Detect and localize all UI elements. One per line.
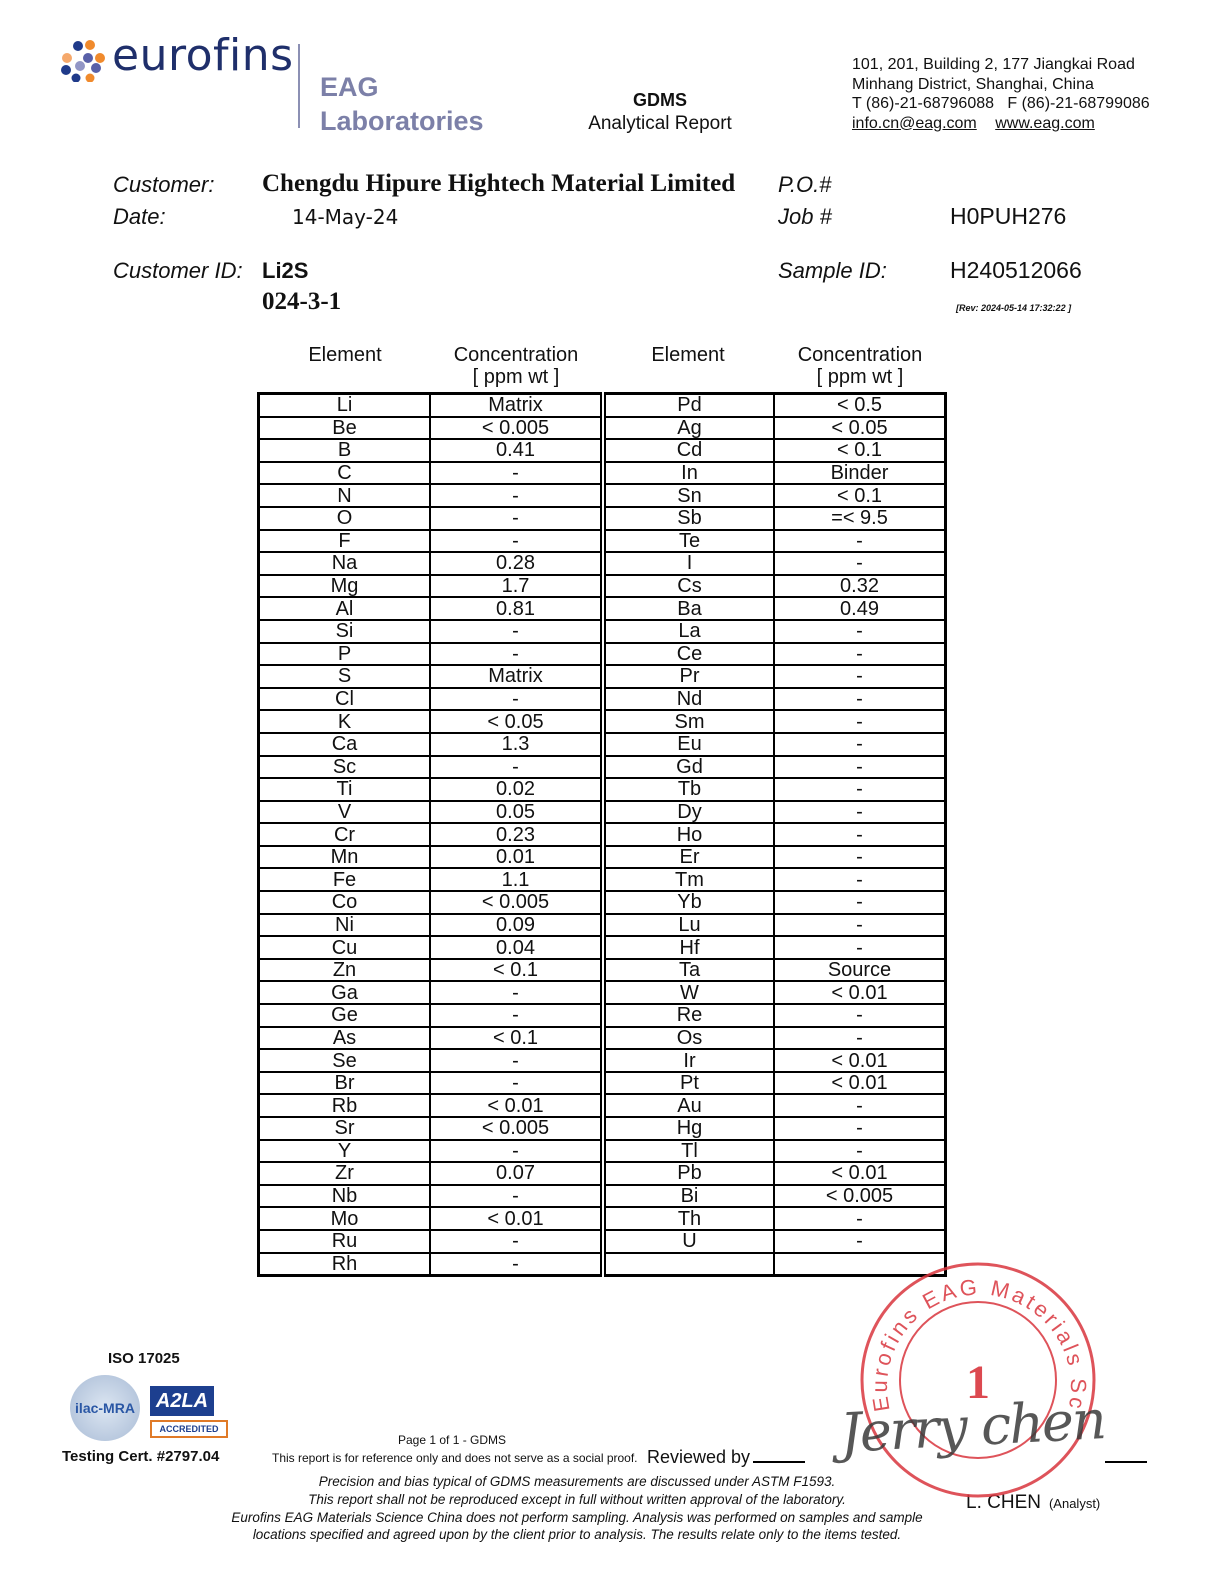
table-row: Nb-Bi< 0.005: [259, 1185, 946, 1208]
concentration-cell: < 0.05: [430, 710, 603, 733]
element-cell: U: [603, 1230, 774, 1253]
concentration-cell: -: [774, 710, 946, 733]
concentration-cell: -: [774, 620, 946, 643]
element-cell: Ru: [259, 1230, 431, 1253]
disclaimer-line-2: This report shall not be reproduced exce…: [212, 1491, 942, 1509]
concentration-cell: 1.3: [430, 733, 603, 756]
concentration-cell: -: [774, 823, 946, 846]
logo-divider: [298, 44, 300, 128]
header-element-1: Element: [275, 344, 415, 366]
table-row: K< 0.05Sm-: [259, 710, 946, 733]
concentration-cell: -: [430, 1230, 603, 1253]
element-cell: W: [603, 981, 774, 1004]
report-title: GDMS Analytical Report: [560, 90, 760, 135]
element-cell: B: [259, 439, 431, 462]
element-cell: N: [259, 484, 431, 507]
table-row: F-Te-: [259, 530, 946, 553]
concentration-cell: 0.28: [430, 552, 603, 575]
concentration-cell: < 0.1: [430, 1027, 603, 1050]
element-cell: Rh: [259, 1253, 431, 1276]
element-cell: C: [259, 462, 431, 485]
table-row: Rb< 0.01Au-: [259, 1094, 946, 1117]
concentration-cell: -: [774, 1230, 946, 1253]
eurofins-wordmark: eurofins: [112, 30, 294, 81]
element-cell: La: [603, 620, 774, 643]
concentration-cell: -: [774, 665, 946, 688]
element-cell: Tl: [603, 1140, 774, 1163]
element-cell: Re: [603, 1004, 774, 1027]
concentration-cell: 0.09: [430, 914, 603, 937]
table-row: Co< 0.005Yb-: [259, 891, 946, 914]
disclaimer-line-1: Precision and bias typical of GDMS measu…: [212, 1473, 942, 1491]
table-row: Fe1.1Tm-: [259, 868, 946, 891]
element-cell: Sm: [603, 710, 774, 733]
concentration-cell: -: [774, 1140, 946, 1163]
element-cell: Pd: [603, 394, 774, 417]
table-row: Zn< 0.1TaSource: [259, 959, 946, 982]
lab-address: 101, 201, Building 2, 177 Jiangkai Road …: [852, 55, 1150, 133]
concentration-cell: -: [774, 530, 946, 553]
table-row: Br-Pt< 0.01: [259, 1072, 946, 1095]
element-cell: Cs: [603, 575, 774, 598]
concentration-cell: 0.41: [430, 439, 603, 462]
concentration-cell: -: [430, 530, 603, 553]
element-cell: F: [259, 530, 431, 553]
element-cell: Sn: [603, 484, 774, 507]
concentration-cell: -: [774, 688, 946, 711]
date-value: 14-May-24: [292, 205, 398, 229]
concentration-cell: -: [430, 1140, 603, 1163]
element-cell: Hg: [603, 1117, 774, 1140]
concentration-cell: -: [774, 756, 946, 779]
concentration-cell: =< 9.5: [774, 507, 946, 530]
concentration-cell: -: [430, 620, 603, 643]
table-row: As< 0.1Os-: [259, 1027, 946, 1050]
sample-id-label: Sample ID:: [778, 258, 887, 284]
element-cell: Mn: [259, 846, 431, 869]
element-cell: Gd: [603, 756, 774, 779]
ilac-mra-logo-icon: ilac-MRA: [70, 1375, 140, 1441]
table-row: Sr< 0.005Hg-: [259, 1117, 946, 1140]
table-row: Ca1.3Eu-: [259, 733, 946, 756]
element-cell: Tb: [603, 778, 774, 801]
element-cell: Cl: [259, 688, 431, 711]
concentration-cell: -: [774, 643, 946, 666]
element-cell: Bi: [603, 1185, 774, 1208]
concentration-cell: -: [430, 462, 603, 485]
results-table: LiMatrixPd< 0.5Be< 0.005Ag< 0.05B0.41Cd<…: [257, 392, 947, 1277]
concentration-cell: Matrix: [430, 394, 603, 417]
table-row: Cu0.04Hf-: [259, 936, 946, 959]
concentration-cell: -: [774, 1004, 946, 1027]
element-cell: Nd: [603, 688, 774, 711]
concentration-cell: < 0.01: [774, 1072, 946, 1095]
element-cell: Er: [603, 846, 774, 869]
concentration-cell: -: [774, 868, 946, 891]
element-cell: Te: [603, 530, 774, 553]
concentration-cell: 1.7: [430, 575, 603, 598]
email-link[interactable]: info.cn@eag.com: [852, 115, 977, 132]
element-cell: [603, 1253, 774, 1276]
concentration-cell: -: [430, 484, 603, 507]
table-row: N-Sn< 0.1: [259, 484, 946, 507]
element-cell: Fe: [259, 868, 431, 891]
table-row: P-Ce-: [259, 643, 946, 666]
concentration-cell: 0.49: [774, 597, 946, 620]
job-value: H0PUH276: [950, 203, 1066, 230]
concentration-cell: -: [430, 1072, 603, 1095]
concentration-cell: Matrix: [430, 665, 603, 688]
table-row: Rh-: [259, 1253, 946, 1276]
element-cell: O: [259, 507, 431, 530]
table-row: Sc-Gd-: [259, 756, 946, 779]
table-row: Cl-Nd-: [259, 688, 946, 711]
table-row: Se-Ir< 0.01: [259, 1049, 946, 1072]
element-cell: Pt: [603, 1072, 774, 1095]
concentration-cell: -: [430, 507, 603, 530]
element-cell: Ti: [259, 778, 431, 801]
concentration-cell: -: [430, 1253, 603, 1276]
element-cell: Pr: [603, 665, 774, 688]
table-row: SMatrixPr-: [259, 665, 946, 688]
sample-id-value: H240512066: [950, 257, 1082, 284]
phone-fax: T (86)-21-68796088 F (86)-21-68799086: [852, 94, 1150, 114]
concentration-cell: < 0.01: [430, 1207, 603, 1230]
element-cell: Ga: [259, 981, 431, 1004]
table-row: O-Sb=< 9.5: [259, 507, 946, 530]
concentration-cell: -: [774, 552, 946, 575]
element-cell: Co: [259, 891, 431, 914]
customer-name: Chengdu Hipure Hightech Material Limited: [262, 170, 735, 198]
table-row: Na0.28I-: [259, 552, 946, 575]
concentration-cell: -: [430, 643, 603, 666]
concentration-cell: -: [774, 1207, 946, 1230]
concentration-cell: -: [430, 981, 603, 1004]
reviewed-by-line: [753, 1461, 805, 1463]
element-cell: Zr: [259, 1162, 431, 1185]
element-cell: Si: [259, 620, 431, 643]
eag-text: EAG: [320, 70, 484, 104]
element-cell: Pb: [603, 1162, 774, 1185]
header-concentration-1: Concentration[ ppm wt ]: [430, 344, 602, 388]
address-line-1: 101, 201, Building 2, 177 Jiangkai Road: [852, 55, 1150, 75]
concentration-cell: -: [430, 756, 603, 779]
customer-id-value: Li2S: [262, 258, 308, 284]
table-row: Ni0.09Lu-: [259, 914, 946, 937]
table-row: LiMatrixPd< 0.5: [259, 394, 946, 417]
concentration-cell: 0.01: [430, 846, 603, 869]
element-cell: Cr: [259, 823, 431, 846]
element-cell: Sr: [259, 1117, 431, 1140]
element-cell: Ge: [259, 1004, 431, 1027]
table-row: C-InBinder: [259, 462, 946, 485]
element-cell: Ir: [603, 1049, 774, 1072]
element-cell: Nb: [259, 1185, 431, 1208]
element-cell: Ce: [603, 643, 774, 666]
element-cell: Dy: [603, 801, 774, 824]
element-cell: Sb: [603, 507, 774, 530]
a2la-accredited-logo-icon: A2LA ACCREDITED: [150, 1380, 226, 1438]
concentration-cell: -: [774, 846, 946, 869]
table-row: Mn0.01Er-: [259, 846, 946, 869]
address-line-2: Minhang District, Shanghai, China: [852, 75, 1150, 95]
element-cell: Na: [259, 552, 431, 575]
element-cell: As: [259, 1027, 431, 1050]
table-row: B0.41Cd< 0.1: [259, 439, 946, 462]
concentration-cell: 0.04: [430, 936, 603, 959]
po-label: P.O.#: [778, 172, 831, 198]
table-row: Ge-Re-: [259, 1004, 946, 1027]
element-cell: Yb: [603, 891, 774, 914]
concentration-cell: 0.23: [430, 823, 603, 846]
element-cell: Au: [603, 1094, 774, 1117]
eurofins-logo-icon: [58, 38, 106, 82]
a2la-mark: A2LA: [150, 1386, 214, 1416]
concentration-cell: -: [430, 1185, 603, 1208]
element-cell: Ni: [259, 914, 431, 937]
concentration-cell: -: [430, 1049, 603, 1072]
element-cell: Br: [259, 1072, 431, 1095]
element-cell: P: [259, 643, 431, 666]
element-cell: Th: [603, 1207, 774, 1230]
table-row: Be< 0.005Ag< 0.05: [259, 417, 946, 440]
element-cell: Y: [259, 1140, 431, 1163]
table-row: Y-Tl-: [259, 1140, 946, 1163]
element-cell: Ca: [259, 733, 431, 756]
date-label: Date:: [113, 204, 166, 230]
concentration-cell: 0.05: [430, 801, 603, 824]
element-cell: Sc: [259, 756, 431, 779]
element-cell: K: [259, 710, 431, 733]
concentration-cell: < 0.005: [430, 1117, 603, 1140]
concentration-cell: 0.32: [774, 575, 946, 598]
concentration-cell: Source: [774, 959, 946, 982]
report-type: GDMS: [560, 90, 760, 111]
concentration-cell: 0.81: [430, 597, 603, 620]
reference-note: This report is for reference only and do…: [272, 1451, 638, 1465]
signature-line: [1105, 1461, 1147, 1463]
element-cell: Mg: [259, 575, 431, 598]
concentration-cell: -: [774, 778, 946, 801]
concentration-cell: -: [774, 1094, 946, 1117]
customer-id-label: Customer ID:: [113, 258, 243, 284]
table-row: Ru-U-: [259, 1230, 946, 1253]
concentration-cell: < 0.1: [774, 439, 946, 462]
header-element-2: Element: [618, 344, 758, 366]
element-cell: In: [603, 462, 774, 485]
table-row: V0.05Dy-: [259, 801, 946, 824]
company-seal-icon: Eurofins EAG Materials Science China 1: [858, 1260, 1098, 1500]
concentration-cell: -: [430, 688, 603, 711]
table-row: Al0.81Ba0.49: [259, 597, 946, 620]
element-cell: Tm: [603, 868, 774, 891]
element-cell: I: [603, 552, 774, 575]
header-concentration-2: Concentration[ ppm wt ]: [774, 344, 946, 388]
element-cell: Eu: [603, 733, 774, 756]
table-row: Si-La-: [259, 620, 946, 643]
element-cell: Ba: [603, 597, 774, 620]
concentration-cell: < 0.1: [430, 959, 603, 982]
table-row: Cr0.23Ho-: [259, 823, 946, 846]
element-cell: Al: [259, 597, 431, 620]
customer-label: Customer:: [113, 172, 214, 198]
revision-stamp: [Rev: 2024-05-14 17:32:22 ]: [956, 303, 1071, 313]
reviewed-by-label: Reviewed by: [647, 1447, 750, 1468]
concentration-cell: -: [774, 1117, 946, 1140]
concentration-cell: < 0.01: [774, 1162, 946, 1185]
element-cell: Mo: [259, 1207, 431, 1230]
element-cell: Be: [259, 417, 431, 440]
page-number: Page 1 of 1 - GDMS: [398, 1433, 506, 1447]
concentration-cell: < 0.1: [774, 484, 946, 507]
disclaimer-line-3: Eurofins EAG Materials Science China doe…: [212, 1509, 942, 1527]
disclaimer: Precision and bias typical of GDMS measu…: [212, 1473, 942, 1544]
element-cell: Cu: [259, 936, 431, 959]
iso-label: ISO 17025: [108, 1350, 180, 1367]
element-cell: Rb: [259, 1094, 431, 1117]
report-subtitle: Analytical Report: [560, 113, 760, 135]
element-cell: Ta: [603, 959, 774, 982]
job-label: Job #: [778, 204, 832, 230]
eag-laboratories-logo: EAG Laboratories: [320, 70, 484, 138]
table-row: Ti0.02Tb-: [259, 778, 946, 801]
element-cell: Ag: [603, 417, 774, 440]
concentration-cell: -: [774, 1027, 946, 1050]
concentration-cell: < 0.05: [774, 417, 946, 440]
concentration-cell: Binder: [774, 462, 946, 485]
accredited-label: ACCREDITED: [150, 1420, 228, 1438]
element-cell: Cd: [603, 439, 774, 462]
element-cell: Se: [259, 1049, 431, 1072]
element-cell: Ho: [603, 823, 774, 846]
customer-id-line2: 024-3-1: [262, 288, 341, 316]
concentration-cell: < 0.01: [774, 981, 946, 1004]
concentration-cell: -: [774, 891, 946, 914]
element-cell: Li: [259, 394, 431, 417]
disclaimer-line-4: locations specified and agreed upon by t…: [212, 1526, 942, 1544]
concentration-cell: < 0.005: [430, 891, 603, 914]
concentration-cell: < 0.005: [774, 1185, 946, 1208]
element-cell: Os: [603, 1027, 774, 1050]
laboratories-text: Laboratories: [320, 104, 484, 138]
concentration-cell: -: [774, 733, 946, 756]
concentration-cell: 0.07: [430, 1162, 603, 1185]
concentration-cell: < 0.01: [774, 1049, 946, 1072]
concentration-cell: < 0.01: [430, 1094, 603, 1117]
element-cell: V: [259, 801, 431, 824]
concentration-cell: -: [774, 936, 946, 959]
testing-cert: Testing Cert. #2797.04: [62, 1448, 219, 1465]
concentration-cell: -: [430, 1004, 603, 1027]
concentration-cell: < 0.005: [430, 417, 603, 440]
table-row: Mg1.7Cs0.32: [259, 575, 946, 598]
concentration-cell: 0.02: [430, 778, 603, 801]
concentration-cell: -: [774, 914, 946, 937]
element-cell: Hf: [603, 936, 774, 959]
concentration-cell: -: [774, 801, 946, 824]
concentration-cell: < 0.5: [774, 394, 946, 417]
element-cell: Lu: [603, 914, 774, 937]
element-cell: S: [259, 665, 431, 688]
concentration-cell: 1.1: [430, 868, 603, 891]
table-row: Ga-W< 0.01: [259, 981, 946, 1004]
website-link[interactable]: www.eag.com: [995, 115, 1095, 132]
element-cell: Zn: [259, 959, 431, 982]
table-row: Mo< 0.01Th-: [259, 1207, 946, 1230]
table-row: Zr0.07Pb< 0.01: [259, 1162, 946, 1185]
